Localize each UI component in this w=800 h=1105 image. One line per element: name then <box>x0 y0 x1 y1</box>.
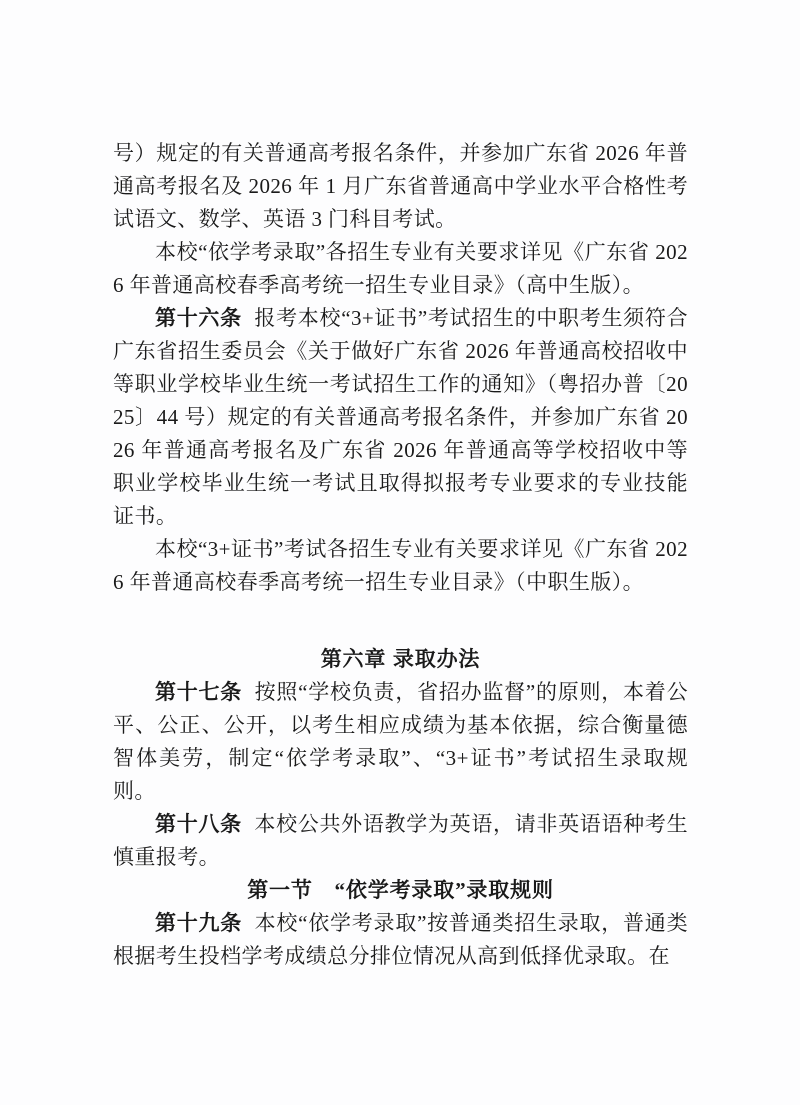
paragraph-article-19: 第十九条本校“依学考录取”按普通类招生录取，普通类根据考生投档学考成绩总分排位情… <box>113 907 688 973</box>
chapter-6-heading: 第六章 录取办法 <box>113 643 688 676</box>
paragraph-article-16: 第十六条报考本校“3+证书”考试招生的中职考生须符合广东省招生委员会《关于做好广… <box>113 302 688 533</box>
paragraph-continuation: 号）规定的有关普通高考报名条件，并参加广东省 2026 年普通高考报名及 202… <box>113 137 688 236</box>
article-17-number: 第十七条 <box>155 680 242 704</box>
paragraph-article-17: 第十七条按照“学校负责，省招办监督”的原则，本着公平、公正、公开，以考生相应成绩… <box>113 676 688 808</box>
article-16-number: 第十六条 <box>155 306 242 330</box>
article-18-number: 第十八条 <box>155 812 242 836</box>
article-19-number: 第十九条 <box>155 911 242 935</box>
document-page: 号）规定的有关普通高考报名条件，并参加广东省 2026 年普通高考报名及 202… <box>0 0 800 1105</box>
paragraph-article-18: 第十八条本校公共外语教学为英语，请非英语语种考生慎重报考。 <box>113 808 688 874</box>
article-16-text: 报考本校“3+证书”考试招生的中职考生须符合广东省招生委员会《关于做好广东省 2… <box>113 306 688 528</box>
paragraph-3plus-catalog: 本校“3+证书”考试各招生专业有关要求详见《广东省 2026 年普通高校春季高考… <box>113 533 688 599</box>
paragraph-yixuekao-catalog: 本校“依学考录取”各招生专业有关要求详见《广东省 2026 年普通高校春季高考统… <box>113 236 688 302</box>
document-content: 号）规定的有关普通高考报名条件，并参加广东省 2026 年普通高考报名及 202… <box>113 137 688 973</box>
section-1-heading: 第一节 “依学考录取”录取规则 <box>113 874 688 907</box>
